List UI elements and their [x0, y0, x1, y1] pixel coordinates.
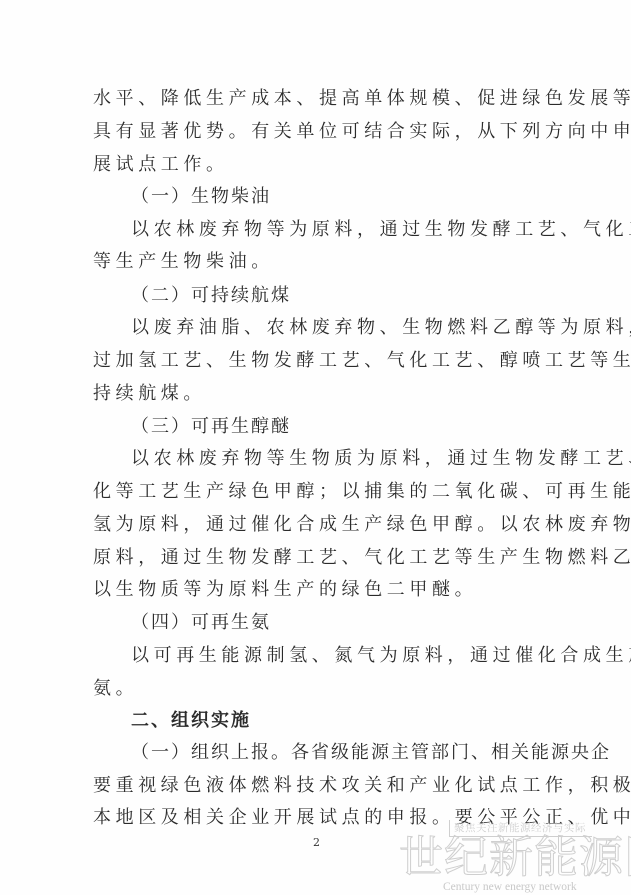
subsection-heading: （三）可再生醇醚	[131, 416, 291, 438]
page-number: 2	[313, 836, 320, 849]
watermark-subtitle: Century new energy network	[443, 881, 577, 893]
paragraph-line: 水平、降低生产成本、提高单体规模、促进绿色发展等方面	[93, 88, 631, 110]
paragraph-first-line: 以农林废弃物等为原料，通过生物发酵工艺、气化工艺	[131, 219, 631, 241]
paragraph-line: 过加氢工艺、生物发酵工艺、气化工艺、醇喷工艺等生产可	[93, 350, 631, 372]
subsection-heading: （一）组织上报。各省级能源主管部门、相关能源央企	[131, 742, 611, 764]
paragraph-line: 氨。	[93, 678, 138, 700]
subsection-heading: （四）可再生氨	[131, 612, 271, 634]
paragraph-line: 氢为原料，通过催化合成生产绿色甲醇。以农林废弃物等为	[93, 514, 631, 536]
paragraph-first-line: 以可再生能源制氢、氮气为原料，通过催化合成生产绿	[131, 645, 631, 667]
paragraph-line: 要重视绿色液体燃料技术攻关和产业化试点工作，积极组织	[93, 775, 631, 797]
paragraph-first-line: 以农林废弃物等生物质为原料，通过生物发酵工艺、气	[131, 448, 631, 470]
section-heading: 二、组织实施	[131, 710, 251, 732]
paragraph-line: 化等工艺生产绿色甲醇；以捕集的二氧化碳、可再生能源制	[93, 481, 631, 503]
watermark-logo-text: 世纪新能源网	[399, 834, 631, 882]
watermark: 聚焦关注新能源经济与实际 世纪新能源网 Century new energy n…	[395, 818, 631, 895]
paragraph-line: 具有显著优势。有关单位可结合实际，从下列方向中申报开	[93, 121, 631, 143]
paragraph-line: 持续航煤。	[93, 383, 206, 405]
paragraph-first-line: 以废弃油脂、农林废弃物、生物燃料乙醇等为原料，通	[131, 317, 631, 339]
paragraph-line: 等生产生物柴油。	[93, 251, 274, 273]
document-page: 水平、降低生产成本、提高单体规模、促进绿色发展等方面具有显著优势。有关单位可结合…	[0, 0, 631, 895]
paragraph-line: 展试点工作。	[93, 154, 229, 176]
paragraph-line: 原料，通过生物发酵工艺、气化工艺等生产生物燃料乙醇。	[93, 547, 631, 569]
subsection-heading: （二）可持续航煤	[131, 285, 291, 307]
subsection-heading: （一）生物柴油	[131, 186, 271, 208]
paragraph-line: 以生物质等为原料生产的绿色二甲醚。	[93, 579, 477, 601]
